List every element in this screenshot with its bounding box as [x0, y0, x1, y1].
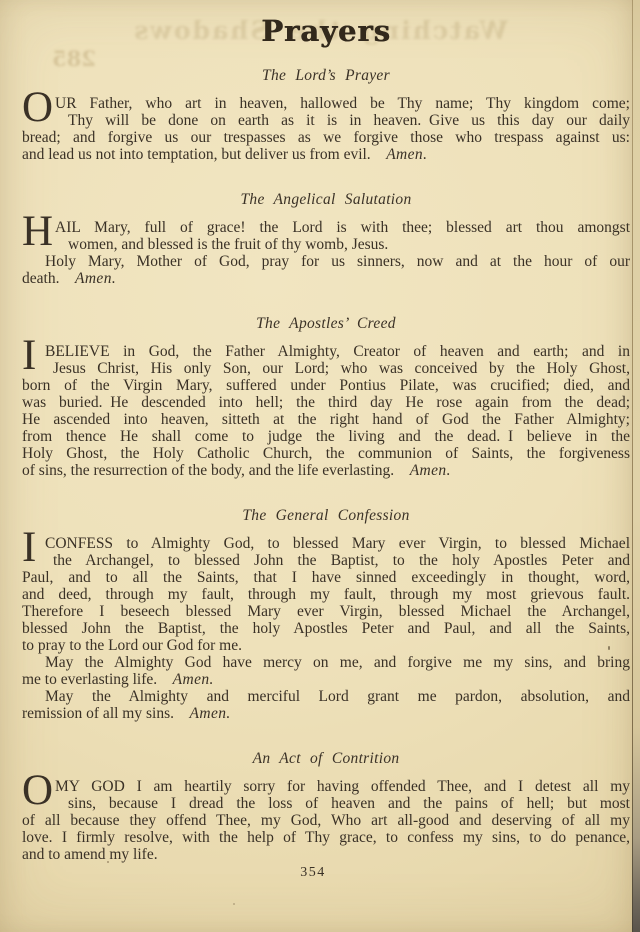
page-number: 354	[0, 865, 626, 881]
prayer-paragraph: May the Almighty and merciful Lord grant…	[22, 688, 630, 722]
text-line: and lead us not into temptation, but del…	[22, 146, 630, 163]
prayer-section: The Angelical SalutationHAIL Mary, full …	[22, 190, 630, 287]
text-line: was buried. He descended into hell; the …	[22, 394, 630, 411]
text-line: from thence He shall come to judge the l…	[22, 428, 630, 445]
section-heading: The Angelical Salutation	[22, 190, 630, 209]
section-heading: An Act of Contrition	[22, 749, 630, 768]
section-heading: The Apostles’ Creed	[22, 314, 630, 333]
prayer-section: An Act of ContritionOMY GOD I am heartil…	[22, 749, 630, 863]
text-line: to pray to the Lord our God for me.	[22, 637, 630, 654]
text-line: Therefore I beseech blessed Mary ever Vi…	[22, 603, 630, 620]
text-line: the Archangel, to blessed John the Bapti…	[22, 552, 630, 569]
text-line: blessed John the Baptist, the holy Apost…	[22, 620, 630, 637]
section-heading: The General Confession	[22, 506, 630, 525]
prayer-paragraph: ICONFESS to Almighty God, to blessed Mar…	[22, 535, 630, 654]
text-line: Holy Mary, Mother of God, pray for us si…	[22, 253, 630, 270]
section-heading: The Lord’s Prayer	[22, 66, 630, 85]
drop-cap: H	[22, 210, 53, 253]
text-line: Paul, and to all the Saints, that I have…	[22, 569, 630, 586]
paper-speck	[233, 903, 235, 905]
text-line: Thy will be done on earth as it is in he…	[22, 112, 630, 129]
text-line: AIL Mary, full of grace! the Lord is wit…	[22, 219, 630, 236]
text-line: me to everlasting life. Amen.	[22, 671, 630, 688]
prayer-paragraph: OMY GOD I am heartily sorry for having o…	[22, 778, 630, 863]
prayer-paragraph: May the Almighty God have mercy on me, a…	[22, 654, 630, 688]
prayer-section: The General ConfessionICONFESS to Almigh…	[22, 506, 630, 722]
prayer-paragraph: IBELIEVE in God, the Father Almighty, Cr…	[22, 343, 630, 479]
text-line: and to amend my life.	[22, 846, 630, 863]
text-line: women, and blessed is the fruit of thy w…	[22, 236, 630, 253]
prayer-paragraph: Holy Mary, Mother of God, pray for us si…	[22, 253, 630, 287]
book-page: Watching the Shadows 285 Prayers The Lor…	[0, 0, 640, 932]
drop-cap: I	[22, 334, 36, 377]
text-line: remission of all my sins. Amen.	[22, 705, 630, 722]
drop-cap: I	[22, 526, 36, 569]
text-line: UR Father, who art in heaven, hallowed b…	[22, 95, 630, 112]
prayer-paragraph: HAIL Mary, full of grace! the Lord is wi…	[22, 219, 630, 253]
text-line: love. I firmly resolve, with the help of…	[22, 829, 630, 846]
prayer-paragraph: OUR Father, who art in heaven, hallowed …	[22, 95, 630, 163]
text-line: CONFESS to Almighty God, to blessed Mary…	[22, 535, 630, 552]
drop-cap: O	[22, 86, 53, 129]
text-line: Holy Ghost, the Holy Catholic Church, th…	[22, 445, 630, 462]
text-line: He ascended into heaven, sitteth at the …	[22, 411, 630, 428]
text-line: and deed, through my fault, through my f…	[22, 586, 630, 603]
text-line: BELIEVE in God, the Father Almighty, Cre…	[22, 343, 630, 360]
text-line: Jesus Christ, His only Son, our Lord; wh…	[22, 360, 630, 377]
page-title: Prayers	[0, 0, 640, 48]
text-line: of sins, the resurrection of the body, a…	[22, 462, 630, 479]
sections: The Lord’s PrayerOUR Father, who art in …	[0, 66, 640, 863]
paper-speck	[107, 861, 109, 863]
text-line: MY GOD I am heartily sorry for having of…	[22, 778, 630, 795]
prayer-section: The Lord’s PrayerOUR Father, who art in …	[22, 66, 630, 163]
text-line: bread; and forgive us our trespasses as …	[22, 129, 630, 146]
text-line: born of the Virgin Mary, suffered under …	[22, 377, 630, 394]
text-line: May the Almighty God have mercy on me, a…	[22, 654, 630, 671]
paper-speck	[608, 646, 610, 650]
text-line: death. Amen.	[22, 270, 630, 287]
text-line: May the Almighty and merciful Lord grant…	[22, 688, 630, 705]
drop-cap: O	[22, 769, 53, 812]
page-edge-shadow	[633, 0, 640, 932]
text-line: sins, because I dread the loss of heaven…	[22, 795, 630, 812]
text-line: of all because they offend Thee, my God,…	[22, 812, 630, 829]
prayer-section: The Apostles’ CreedIBELIEVE in God, the …	[22, 314, 630, 479]
